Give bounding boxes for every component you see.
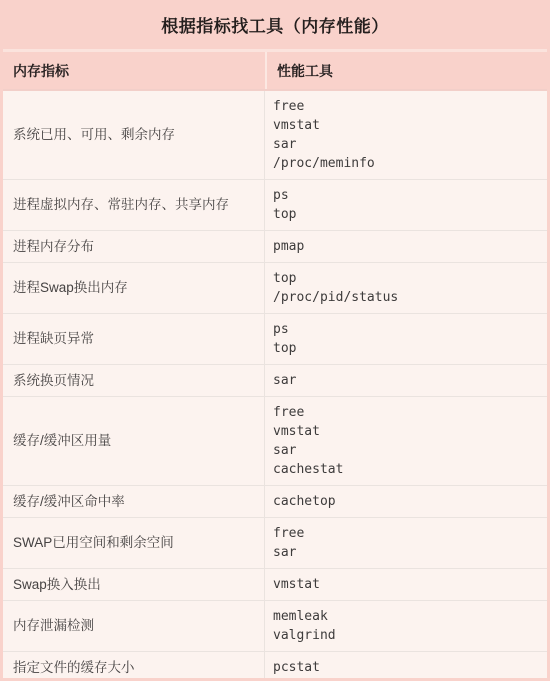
tools-cell: memleakvalgrind xyxy=(265,601,547,651)
tool-name: free xyxy=(273,97,539,116)
tools-cell: freesar xyxy=(265,518,547,568)
tool-name: top xyxy=(273,205,539,224)
metric-cell: 系统已用、可用、剩余内存 xyxy=(3,91,265,179)
tool-name: valgrind xyxy=(273,626,539,645)
metric-cell: 进程缺页异常 xyxy=(3,314,265,364)
tool-name: free xyxy=(273,524,539,543)
header-memory-metric: 内存指标 xyxy=(3,52,265,89)
table-header-row: 内存指标 性能工具 xyxy=(3,52,547,91)
table-row: Swap换入换出 vmstat xyxy=(3,569,547,601)
tools-cell: pmap xyxy=(265,231,547,262)
metric-cell: 系统换页情况 xyxy=(3,365,265,396)
metric-cell: 进程内存分布 xyxy=(3,231,265,262)
tool-name: vmstat xyxy=(273,575,539,594)
tool-name: ps xyxy=(273,186,539,205)
tools-cell: freevmstatsar/proc/meminfo xyxy=(265,91,547,179)
tool-name: sar xyxy=(273,543,539,562)
table-row: 进程Swap换出内存 top/proc/pid/status xyxy=(3,263,547,314)
table-row: SWAP已用空间和剩余空间 freesar xyxy=(3,518,547,569)
tool-name: sar xyxy=(273,135,539,154)
table-row: 系统已用、可用、剩余内存 freevmstatsar/proc/meminfo xyxy=(3,91,547,180)
table-body: 系统已用、可用、剩余内存 freevmstatsar/proc/meminfo … xyxy=(3,91,547,678)
metric-cell: SWAP已用空间和剩余空间 xyxy=(3,518,265,568)
tools-cell: cachetop xyxy=(265,486,547,517)
tool-name: cachestat xyxy=(273,460,539,479)
tool-name: top xyxy=(273,269,539,288)
table-row: 缓存/缓冲区用量 freevmstatsarcachestat xyxy=(3,397,547,486)
tool-name: vmstat xyxy=(273,116,539,135)
tool-name: top xyxy=(273,339,539,358)
tool-name: sar xyxy=(273,371,539,390)
metric-cell: 缓存/缓冲区用量 xyxy=(3,397,265,485)
tool-name: free xyxy=(273,403,539,422)
table-row: 缓存/缓冲区命中率 cachetop xyxy=(3,486,547,518)
table-row: 进程内存分布 pmap xyxy=(3,231,547,263)
table-row: 内存泄漏检测 memleakvalgrind xyxy=(3,601,547,652)
tool-name: pmap xyxy=(273,237,539,256)
tools-cell: pstop xyxy=(265,180,547,230)
memory-performance-tools-table: 根据指标找工具（内存性能） 内存指标 性能工具 系统已用、可用、剩余内存 fre… xyxy=(0,0,550,681)
tool-name: memleak xyxy=(273,607,539,626)
table-row: 进程缺页异常 pstop xyxy=(3,314,547,365)
tool-name: ps xyxy=(273,320,539,339)
metric-cell: 缓存/缓冲区命中率 xyxy=(3,486,265,517)
metric-cell: 内存泄漏检测 xyxy=(3,601,265,651)
tool-name: cachetop xyxy=(273,492,539,511)
tools-cell: freevmstatsarcachestat xyxy=(265,397,547,485)
metric-cell: 指定文件的缓存大小 xyxy=(3,652,265,678)
tool-name: /proc/pid/status xyxy=(273,288,539,307)
tool-name: sar xyxy=(273,441,539,460)
table-row: 指定文件的缓存大小 pcstat xyxy=(3,652,547,678)
tools-cell: pcstat xyxy=(265,652,547,678)
table-row: 系统换页情况 sar xyxy=(3,365,547,397)
tool-name: vmstat xyxy=(273,422,539,441)
metric-cell: 进程Swap换出内存 xyxy=(3,263,265,313)
metric-cell: 进程虚拟内存、常驻内存、共享内存 xyxy=(3,180,265,230)
tools-cell: pstop xyxy=(265,314,547,364)
tools-cell: vmstat xyxy=(265,569,547,600)
table-title: 根据指标找工具（内存性能） xyxy=(3,0,547,52)
metric-cell: Swap换入换出 xyxy=(3,569,265,600)
tools-cell: top/proc/pid/status xyxy=(265,263,547,313)
header-performance-tools: 性能工具 xyxy=(265,52,547,89)
table-row: 进程虚拟内存、常驻内存、共享内存 pstop xyxy=(3,180,547,231)
tool-name: /proc/meminfo xyxy=(273,154,539,173)
tool-name: pcstat xyxy=(273,658,539,677)
tools-cell: sar xyxy=(265,365,547,396)
